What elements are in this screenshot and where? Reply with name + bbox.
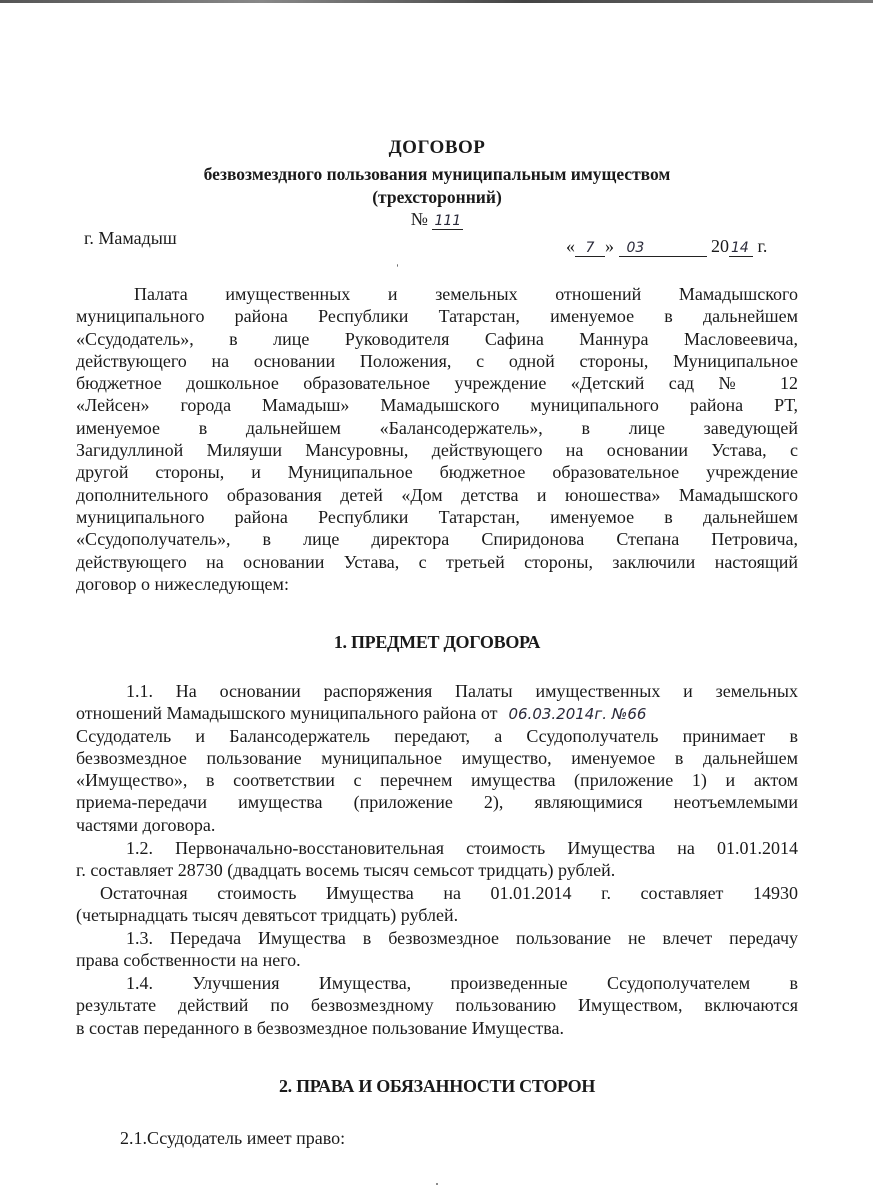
number-label: № [411,209,428,229]
clause-1-2: 1.2. Первоначально-восстановительная сто… [76,837,798,882]
section-2-heading: 2. ПРАВА И ОБЯЗАННОСТИ СТОРОН [76,1076,798,1097]
clause-line: Ссудодатель и Балансодержатель передают,… [76,725,798,747]
handwritten-number: 111 [432,213,463,230]
preamble-line: муниципального района Республики Татарст… [76,305,798,327]
preamble-line: бюджетное дошкольное образовательное учр… [76,372,798,394]
city: г. Мамадыш [84,228,177,249]
clause-line: 2.1.Ссудодатель имеет право: [120,1127,720,1149]
preamble-line: действующего на основании Положения, с о… [76,350,798,372]
contract-number: № 111 [76,209,798,230]
document-title: ДОГОВОР [76,137,798,159]
clause-line: 1.3. Передача Имущества в безвозмездное … [76,927,798,949]
clause-line: (четырнадцать тысяч девятьсот тридцать) … [76,904,798,926]
preamble-line: действующего на основании Устава, с трет… [76,551,798,573]
handwritten-order-ref: 06.03.2014г. №66 [506,703,648,725]
clause-line: результате действий по безвозмездному по… [76,994,798,1016]
document-subtitle: безвозмездного пользования муниципальным… [76,164,798,185]
scan-speck [436,1183,438,1185]
clause-line: в состав переданного в безвозмездное пол… [76,1017,798,1039]
handwritten-year: 14 [729,240,753,257]
preamble-line: «Ссудодатель», в лице Руководителя Сафин… [76,328,798,350]
year-unit: г. [758,236,768,256]
preamble-line: другой стороны, и Муниципальное бюджетно… [76,461,798,483]
year-prefix: 20 [711,236,729,256]
date-quote-open: « [566,236,575,256]
clause-line: приема-передачи имущества (приложение 2)… [76,791,798,813]
clause-line: 1.4. Улучшения Имущества, произведенные … [76,972,798,994]
scan-speck [397,264,398,267]
clause-line: «Имущество», в соответствии с перечнем и… [76,769,798,791]
clause-line: частями договора. [76,814,798,836]
preamble-line: «Лейсен» города Мамадыш» Мамадышского му… [76,394,798,416]
clause-line-with-handwriting: отношений Мамадышского муниципального ра… [76,702,798,724]
clause-line: г. составляет 28730 (двадцать восемь тыс… [76,859,798,881]
preamble-line: Палата имущественных и земельных отношен… [76,283,798,305]
preamble-line: Загидуллиной Миляуши Мансуровны, действу… [76,439,798,461]
preamble-line: муниципального района Республики Татарст… [76,506,798,528]
clause-2-1: 2.1.Ссудодатель имеет право: [120,1127,720,1149]
preamble-line: договор о нижеследующем: [76,573,798,595]
handwritten-month: 03 [619,240,707,257]
section-1-heading: 1. ПРЕДМЕТ ДОГОВОРА [76,632,798,653]
clause-line: 1.2. Первоначально-восстановительная сто… [76,837,798,859]
date-quote-close: » [605,236,614,256]
preamble-line: именуемое в дальнейшем «Балансодержатель… [76,417,798,439]
clause-line: права собственности на него. [76,949,798,971]
clause-1-1: 1.1. На основании распоряжения Палаты им… [76,680,798,836]
preamble-line: дополнительного образования детей «Дом д… [76,484,798,506]
preamble-line: «Ссудополучатель», в лице директора Спир… [76,528,798,550]
document-subtitle-type: (трехсторонний) [76,187,798,208]
clause-1-4: 1.4. Улучшения Имущества, произведенные … [76,972,798,1039]
contract-date: «7» 03 2014 г. [566,236,767,257]
clause-line: 1.1. На основании распоряжения Палаты им… [76,680,798,702]
preamble: Палата имущественных и земельных отношен… [76,283,798,595]
clause-line: Остаточная стоимость Имущества на 01.01.… [76,882,798,904]
clause-text: отношений Мамадышского муниципального ра… [76,703,497,723]
handwritten-day: 7 [575,240,605,257]
clause-1-3: 1.3. Передача Имущества в безвозмездное … [76,927,798,972]
clause-line: безвозмездное пользование муниципальное … [76,747,798,769]
scan-edge [0,0,873,3]
clause-1-2-residual: Остаточная стоимость Имущества на 01.01.… [76,882,798,927]
